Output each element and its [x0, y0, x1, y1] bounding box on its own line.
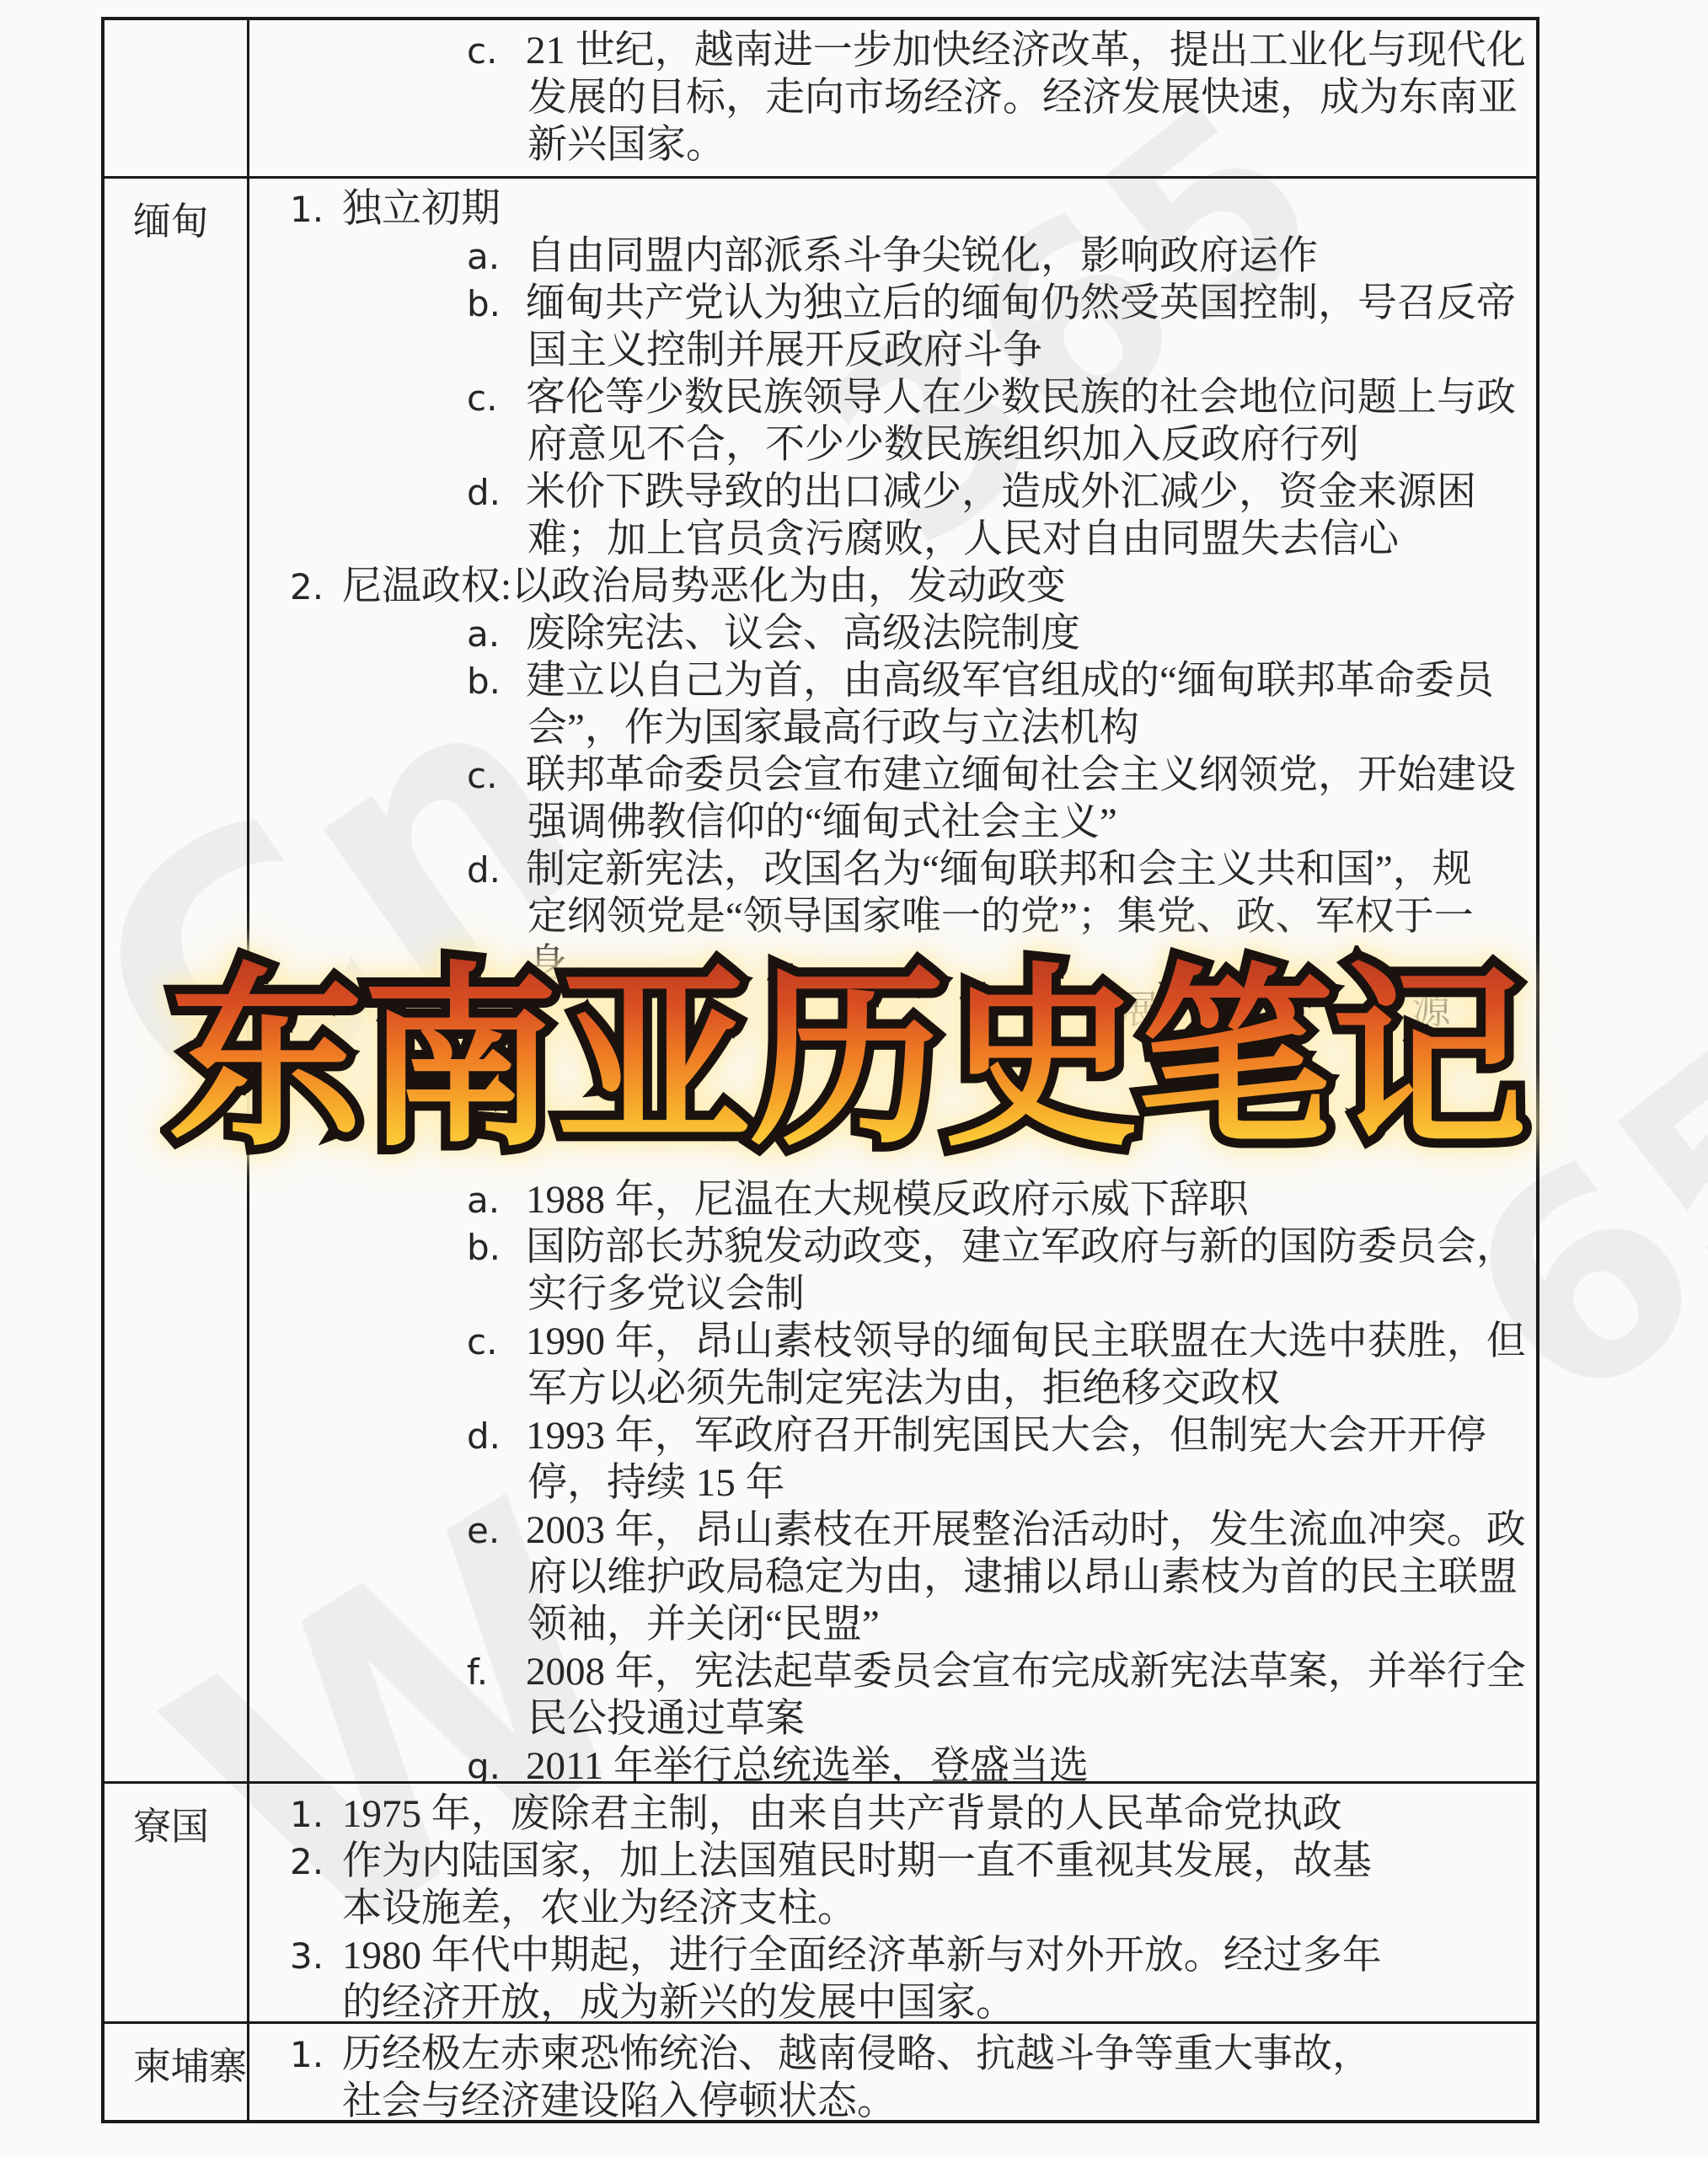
note-line: b.国防部长苏貌发动政变，建立军政府与新的国防委员会， — [249, 1223, 1536, 1271]
note-marker: d. — [467, 847, 526, 894]
note-line: 1.独立初期 — [249, 185, 1536, 233]
note-line: 实行多党议会制 — [249, 1271, 1536, 1318]
note-marker: 3. — [290, 1933, 342, 1980]
note-marker: a. — [467, 611, 526, 658]
note-line: b.缅甸共产党认为独立后的缅甸仍然受英国控制，号召反帝 — [249, 280, 1536, 327]
note-text: 尼温政权:以政治局势恶化为由，发动政变 — [342, 563, 1066, 610]
note-line: a.自由同盟内部派系斗争尖锐化，影响政府运作 — [249, 233, 1536, 280]
note-line: c.21 世纪，越南进一步加快经济改革，提出工业化与现代化 — [249, 27, 1536, 74]
country-label — [104, 20, 249, 176]
note-text: 难；加上官员贪污腐败，人民对自由同盟失去信心 — [527, 516, 1399, 563]
note-text: 国主义控制并展开反政府斗争 — [527, 327, 1042, 374]
note-text: 社会与经济建设陷入停顿状态。 — [342, 2078, 897, 2120]
note-text: 领袖，并关闭“民盟” — [527, 1601, 880, 1648]
note-text: 废除宪法、议会、高级法院制度 — [526, 610, 1080, 657]
note-line: 府以维护政局稳定为由，逮捕以昂山素枝为首的民主联盟 — [249, 1554, 1536, 1601]
note-line: 强调佛教信仰的“缅甸式社会主义” — [249, 799, 1536, 846]
note-text: 会”，作为国家最高行政与立法机构 — [527, 704, 1139, 752]
note-line: a.废除宪法、议会、高级法院制度 — [249, 610, 1536, 657]
note-line: 会”，作为国家最高行政与立法机构 — [249, 704, 1536, 752]
note-line: b.建立以自己为首，由高级军官组成的“缅甸联邦革命委员 — [249, 657, 1536, 704]
title-overlay: 东南亚历史笔记 东南亚历史笔记 — [139, 945, 1555, 1173]
note-line: 难；加上官员贪污腐败，人民对自由同盟失去信心 — [249, 516, 1536, 563]
note-text: 府以维护政局稳定为由，逮捕以昂山素枝为首的民主联盟 — [527, 1554, 1518, 1601]
note-text: 1990 年，昂山素枝领导的缅甸民主联盟在大选中获胜，但 — [526, 1318, 1526, 1365]
country-label: 寮国 — [104, 1784, 249, 2021]
table-row: 寮国1.1975 年，废除君主制，由来自共产背景的人民革命党执政2.作为内陆国家… — [104, 1781, 1536, 2021]
note-marker: a. — [467, 233, 526, 281]
note-text: 停，持续 15 年 — [527, 1459, 785, 1507]
note-line: 1.1975 年，废除君主制，由来自共产背景的人民革命党执政 — [249, 1790, 1536, 1838]
note-line: 发展的目标，走向市场经济。经济发展快速，成为东南亚 — [249, 74, 1536, 121]
note-marker: e. — [467, 1507, 526, 1555]
page: 365CnW65 c.21 世纪，越南进一步加快经济改革，提出工业化与现代化发展… — [0, 0, 1708, 2157]
note-line: f.2008 年，宪法起草委员会宣布完成新宪法草案，并举行全 — [249, 1648, 1536, 1695]
note-text: 自由同盟内部派系斗争尖锐化，影响政府运作 — [526, 233, 1318, 280]
note-line: d.米价下跌导致的出口减少，造成外汇减少，资金来源困 — [249, 468, 1536, 516]
note-line: a.1988 年，尼温在大规模反政府示威下辞职 — [249, 1176, 1536, 1223]
note-text: 1993 年，军政府召开制宪国民大会，但制宪大会开开停 — [526, 1412, 1486, 1459]
note-text: 1975 年，废除君主制，由来自共产背景的人民革命党执政 — [342, 1790, 1342, 1838]
note-text: 制定新宪法，改国名为“缅甸联邦和会主义共和国”，规 — [526, 846, 1472, 893]
note-line: 府意见不合，不少少数民族组织加入反政府行列 — [249, 421, 1536, 468]
note-line: g.2011 年举行总统选举，登盛当选 — [249, 1742, 1536, 1781]
note-line: 停，持续 15 年 — [249, 1459, 1536, 1507]
note-marker: 2. — [290, 1839, 342, 1886]
title-text: 东南亚历史笔记 — [139, 945, 1555, 1173]
note-text: 2011 年举行总统选举，登盛当选 — [526, 1742, 1089, 1781]
note-text: 强调佛教信仰的“缅甸式社会主义” — [527, 799, 1117, 846]
note-line: d.制定新宪法，改国名为“缅甸联邦和会主义共和国”，规 — [249, 846, 1536, 893]
note-marker: d. — [467, 1413, 526, 1460]
note-marker: c. — [467, 1319, 526, 1366]
note-marker: a. — [467, 1177, 526, 1224]
notes-cell: 1.历经极左赤柬恐怖统治、越南侵略、抗越斗争等重大事故，社会与经济建设陷入停顿状… — [249, 2024, 1536, 2120]
note-text: 1980 年代中期起，进行全面经济革新与对外开放。经过多年 — [342, 1932, 1382, 1979]
note-text: 的经济开放，成为新兴的发展中国家。 — [342, 1979, 1015, 2021]
note-line: 新兴国家。 — [249, 121, 1536, 169]
note-line: 定纲领党是“领导国家唯一的党”；集党、政、军权于一 — [249, 893, 1536, 940]
note-text: 米价下跌导致的出口减少，造成外汇减少，资金来源困 — [526, 468, 1476, 516]
country-label: 柬埔寨 — [104, 2024, 249, 2120]
note-line: c.联邦革命委员会宣布建立缅甸社会主义纲领党，开始建设 — [249, 752, 1536, 799]
note-line: 社会与经济建设陷入停顿状态。 — [249, 2078, 1536, 2120]
note-line: 领袖，并关闭“民盟” — [249, 1601, 1536, 1648]
note-text: 2003 年，昂山素枝在开展整治活动时，发生流血冲突。政 — [526, 1507, 1526, 1554]
note-text: 实行多党议会制 — [527, 1271, 805, 1318]
note-text: 发展的目标，走向市场经济。经济发展快速，成为东南亚 — [527, 74, 1518, 121]
note-text: 定纲领党是“领导国家唯一的党”；集党、政、军权于一 — [527, 893, 1474, 940]
note-line: 本设施差，农业为经济支柱。 — [249, 1885, 1536, 1932]
note-text: 缅甸共产党认为独立后的缅甸仍然受英国控制，号召反帝 — [526, 280, 1516, 327]
note-text: 新兴国家。 — [527, 121, 725, 169]
note-marker: d. — [467, 469, 526, 517]
note-text: 2008 年，宪法起草委员会宣布完成新宪法草案，并举行全 — [526, 1648, 1526, 1695]
notes-cell: 1.1975 年，废除君主制，由来自共产背景的人民革命党执政2.作为内陆国家，加… — [249, 1784, 1536, 2021]
note-line: 1.历经极左赤柬恐怖统治、越南侵略、抗越斗争等重大事故， — [249, 2031, 1536, 2078]
note-marker: b. — [467, 1224, 526, 1271]
note-text: 府意见不合，不少少数民族组织加入反政府行列 — [527, 421, 1359, 468]
note-text: 独立初期 — [342, 185, 501, 233]
note-line: 的经济开放，成为新兴的发展中国家。 — [249, 1979, 1536, 2021]
note-marker: f. — [467, 1649, 526, 1696]
notes-cell: c.21 世纪，越南进一步加快经济改革，提出工业化与现代化发展的目标，走向市场经… — [249, 20, 1536, 176]
note-line: 国主义控制并展开反政府斗争 — [249, 327, 1536, 374]
note-marker: 1. — [290, 186, 342, 233]
note-marker: 1. — [290, 1791, 342, 1839]
note-text: 21 世纪，越南进一步加快经济改革，提出工业化与现代化 — [526, 27, 1526, 74]
note-line: c.1990 年，昂山素枝领导的缅甸民主联盟在大选中获胜，但 — [249, 1318, 1536, 1365]
note-text: 联邦革命委员会宣布建立缅甸社会主义纲领党，开始建设 — [526, 752, 1516, 799]
note-line: 2.尼温政权:以政治局势恶化为由，发动政变 — [249, 563, 1536, 610]
note-line: c.客伦等少数民族领导人在少数民族的社会地位问题上与政 — [249, 374, 1536, 421]
note-text: 客伦等少数民族领导人在少数民族的社会地位问题上与政 — [526, 374, 1516, 421]
note-text: 军方以必须先制定宪法为由，拒绝移交政权 — [527, 1365, 1280, 1412]
note-line: e.2003 年，昂山素枝在开展整治活动时，发生流血冲突。政 — [249, 1507, 1536, 1554]
note-text: 作为内陆国家，加上法国殖民时期一直不重视其发展，故基 — [342, 1838, 1372, 1885]
note-text: 建立以自己为首，由高级军官组成的“缅甸联邦革命委员 — [526, 657, 1494, 704]
note-line: d.1993 年，军政府召开制宪国民大会，但制宪大会开开停 — [249, 1412, 1536, 1459]
note-marker: 1. — [290, 2031, 342, 2079]
note-text: 国防部长苏貌发动政变，建立军政府与新的国防委员会， — [526, 1223, 1516, 1271]
table-row: c.21 世纪，越南进一步加快经济改革，提出工业化与现代化发展的目标，走向市场经… — [104, 20, 1536, 176]
note-text: 本设施差，农业为经济支柱。 — [342, 1885, 857, 1932]
note-line: 军方以必须先制定宪法为由，拒绝移交政权 — [249, 1365, 1536, 1412]
note-marker: g. — [467, 1743, 526, 1781]
note-line: 2.作为内陆国家，加上法国殖民时期一直不重视其发展，故基 — [249, 1838, 1536, 1885]
note-marker: b. — [467, 281, 526, 328]
note-marker: c. — [467, 752, 526, 800]
note-marker: c. — [467, 28, 526, 75]
note-text: 民公投通过草案 — [527, 1695, 805, 1742]
note-marker: 2. — [290, 564, 342, 611]
note-text: 1988 年，尼温在大规模反政府示威下辞职 — [526, 1176, 1249, 1223]
note-marker: c. — [467, 375, 526, 422]
note-marker: b. — [467, 658, 526, 705]
note-text: 历经极左赤柬恐怖统治、越南侵略、抗越斗争等重大事故， — [342, 2031, 1372, 2078]
note-line: 民公投通过草案 — [249, 1695, 1536, 1742]
note-line: 3.1980 年代中期起，进行全面经济革新与对外开放。经过多年 — [249, 1932, 1536, 1979]
table-row: 柬埔寨1.历经极左赤柬恐怖统治、越南侵略、抗越斗争等重大事故，社会与经济建设陷入… — [104, 2021, 1536, 2120]
